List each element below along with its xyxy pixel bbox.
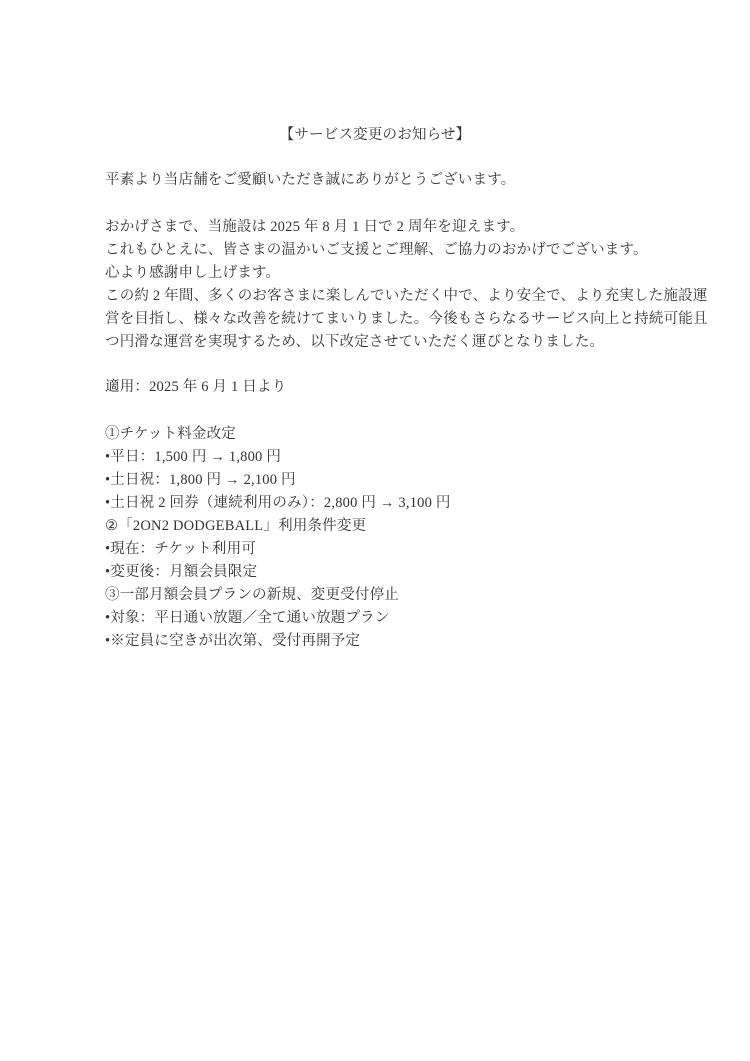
change-item: •変更後：月額会員限定	[105, 561, 645, 584]
effective-date-line: 適用：2025 年 6 月 1 日より	[105, 376, 645, 399]
intro-line: おかげさまで、当施設は 2025 年 8 月 1 日で 2 周年を迎えます。	[105, 216, 645, 239]
greeting-paragraph: 平素より当店舗をご愛顧いただき誠にありがとうございます。	[105, 169, 645, 192]
change-item: •平日：1,500 円 → 1,800 円	[105, 446, 645, 469]
intro-paragraph: おかげさまで、当施設は 2025 年 8 月 1 日で 2 周年を迎えます。 こ…	[105, 216, 645, 354]
intro-line: 心より感謝申し上げます。	[105, 262, 645, 285]
document-page: 【サービス変更のお知らせ】 平素より当店舗をご愛顧いただき誠にありがとうございま…	[0, 0, 750, 1061]
notice-title: 【サービス変更のお知らせ】	[105, 124, 645, 147]
change-item: •現在：チケット利用可	[105, 538, 645, 561]
intro-line: つ円滑な運営を実現するため、以下改定させていただく運びとなりました。	[105, 331, 645, 354]
change-item: •土日祝：1,800 円 → 2,100 円	[105, 469, 645, 492]
changes-list: ①チケット料金改定 •平日：1,500 円 → 1,800 円 •土日祝：1,8…	[105, 423, 645, 653]
change-item-heading: ①チケット料金改定	[105, 423, 645, 446]
change-item: •対象：平日通い放題／全て通い放題プラン	[105, 607, 645, 630]
intro-line: これもひとえに、皆さまの温かいご支援とご理解、ご協力のおかげでございます。	[105, 239, 645, 262]
intro-line: 営を目指し、様々な改善を続けてまいりました。今後もさらなるサービス向上と持続可能…	[105, 308, 645, 331]
change-item: •※定員に空きが出次第、受付再開予定	[105, 630, 645, 653]
intro-line: この約 2 年間、多くのお客さまに楽しんでいただく中で、より安全で、より充実した…	[105, 285, 645, 308]
effective-date-paragraph: 適用：2025 年 6 月 1 日より	[105, 376, 645, 399]
change-item-heading: ③一部月額会員プランの新規、変更受付停止	[105, 584, 645, 607]
change-item-heading: ②「2ON2 DODGEBALL」利用条件変更	[105, 515, 645, 538]
change-item: •土日祝 2 回券（連続利用のみ）：2,800 円 → 3,100 円	[105, 492, 645, 515]
greeting-line: 平素より当店舗をご愛顧いただき誠にありがとうございます。	[105, 169, 645, 192]
